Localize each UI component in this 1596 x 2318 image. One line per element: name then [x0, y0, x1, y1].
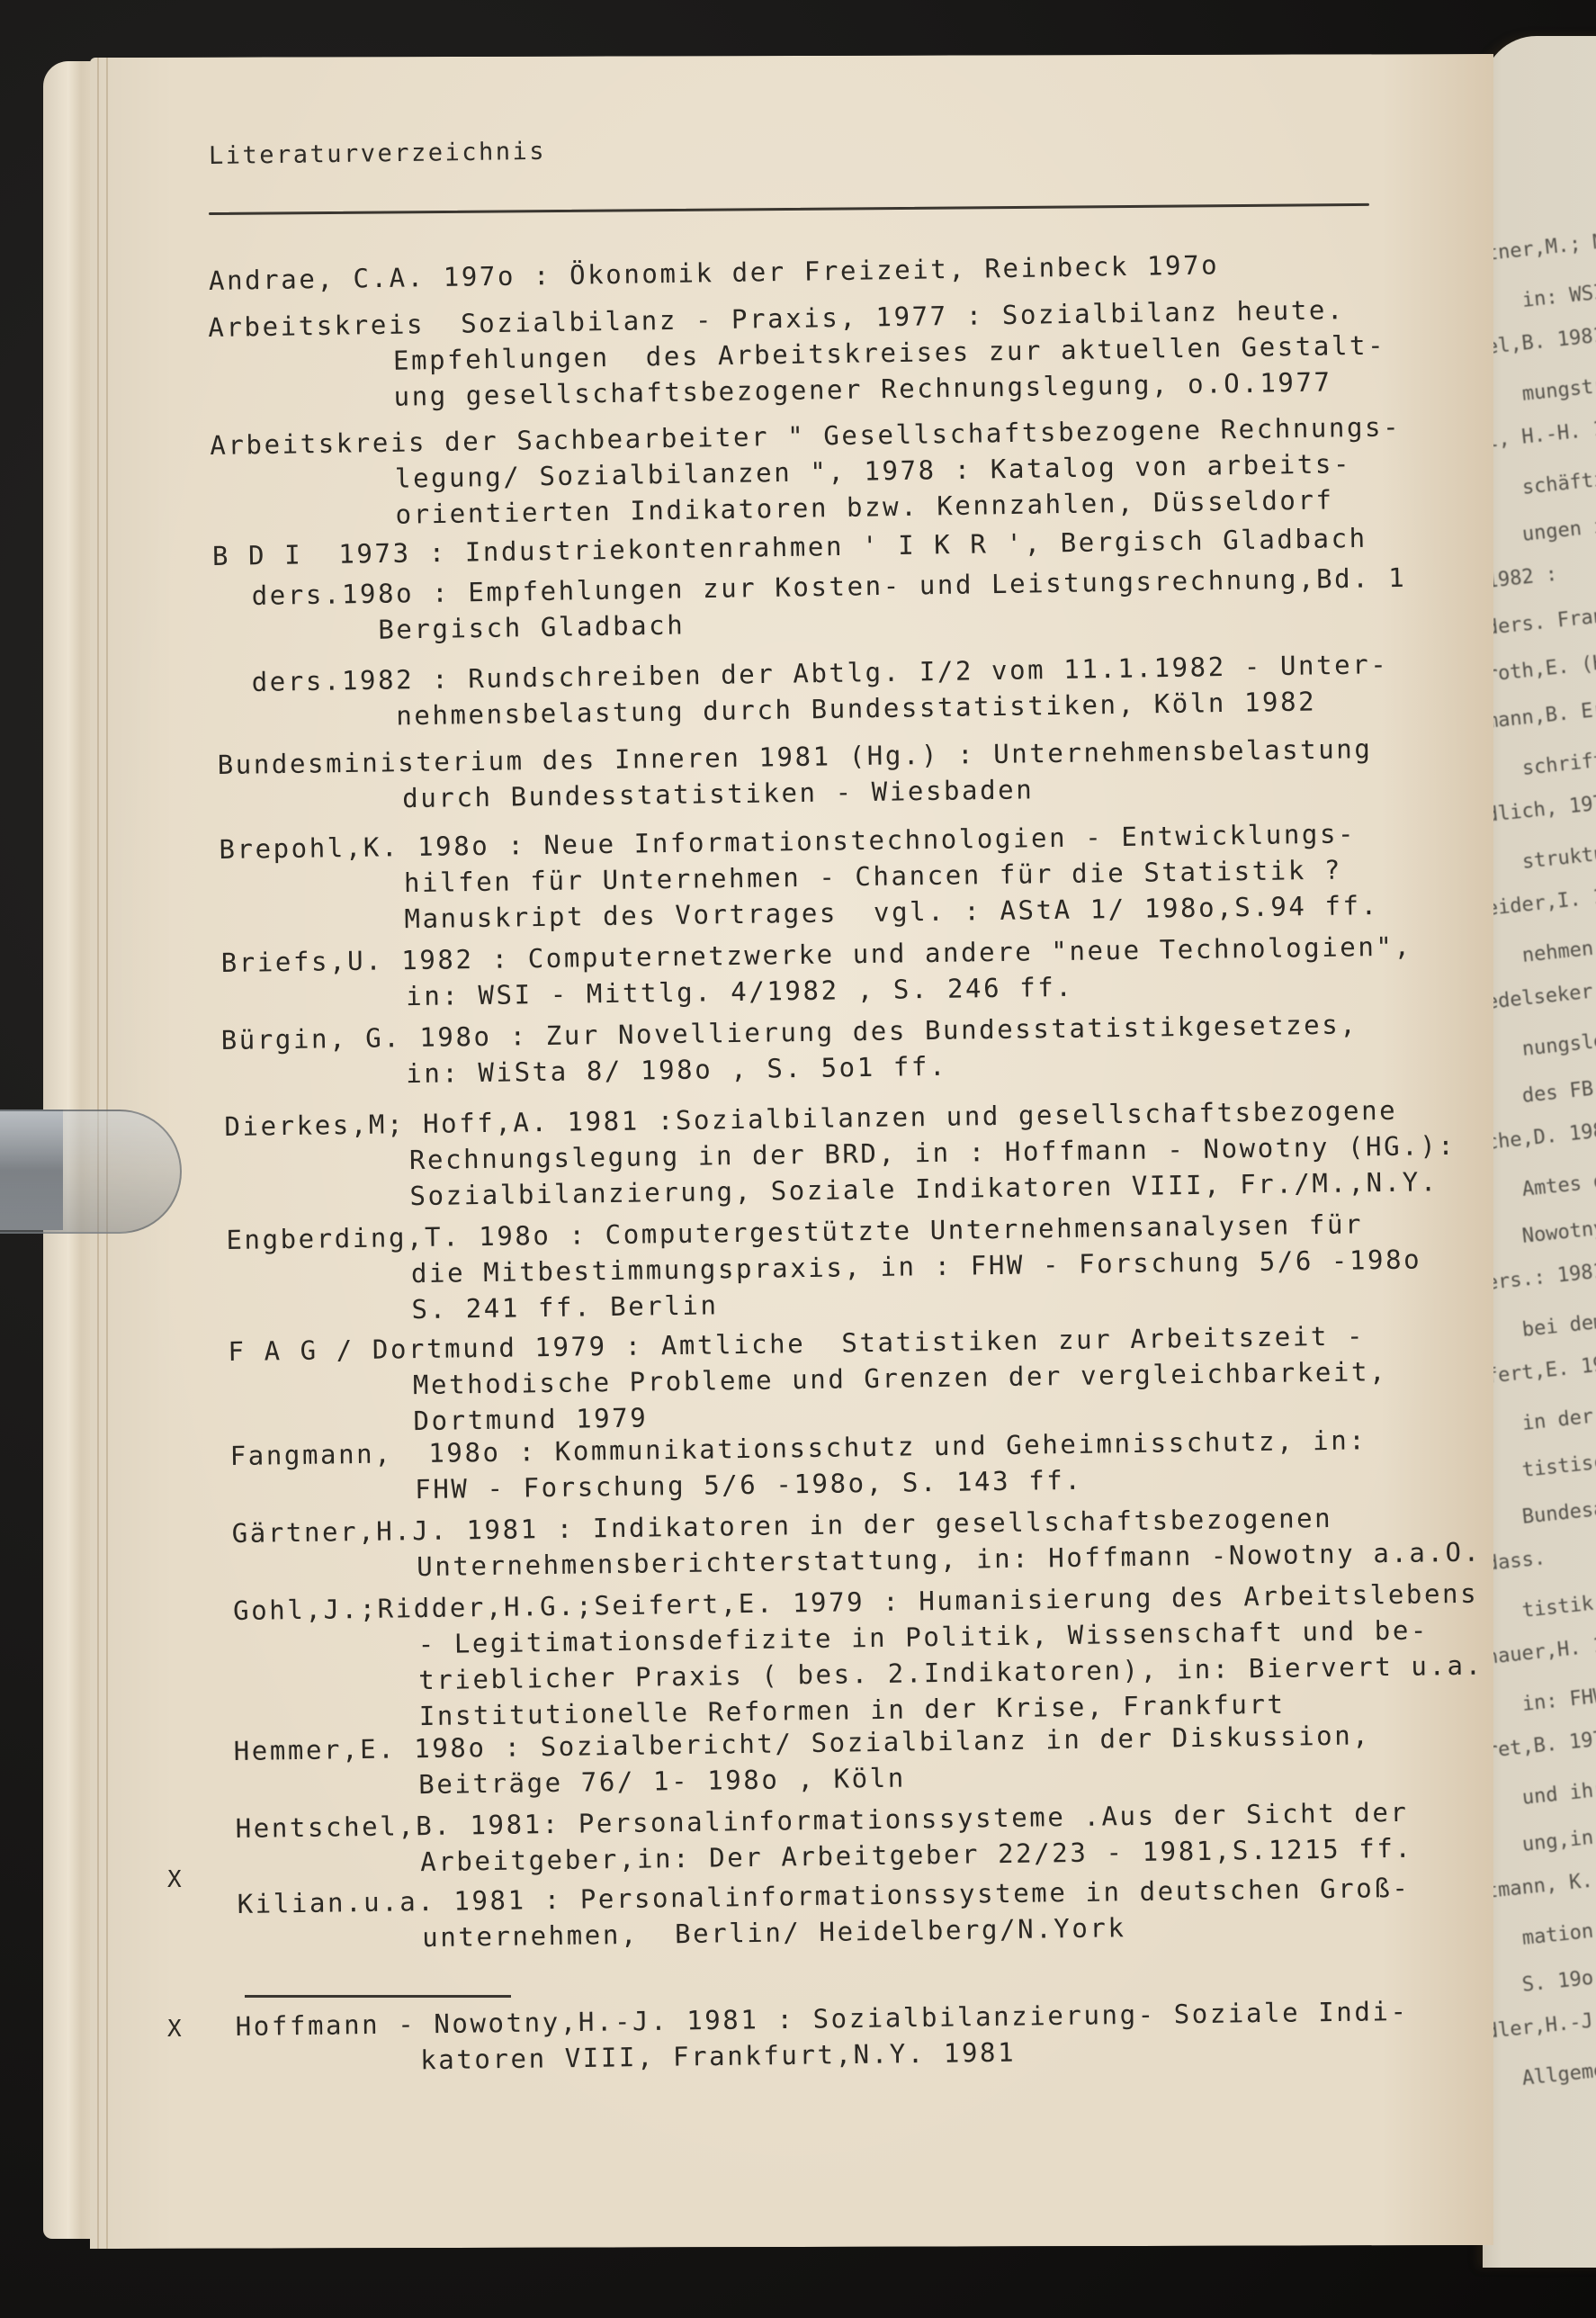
footnote-entry: Hoffmann - Nowotny,H.-J. 1981 : Sozialbi… [235, 1993, 1409, 2080]
facing-page-line: hauer,H. 198o [1485, 1631, 1596, 1669]
facing-page-line: che,D. 198o: Sy [1485, 1113, 1596, 1155]
facing-page-line: mungsträger,in [1521, 366, 1596, 406]
margin-marker: X [167, 2016, 182, 2043]
bibliography-entry-brepohl: Brepohl,K. 198o : Neue Informationstechn… [219, 815, 1379, 939]
facing-page-line: l, H.-H. 1977 : [1485, 411, 1596, 453]
facing-page-line: tmann, K. 1977 [1485, 1864, 1596, 1903]
facing-page-line: ders. Frankf./M [1485, 598, 1596, 640]
facing-page-line: nungslegu [1521, 1028, 1596, 1061]
bookmark-clip[interactable] [0, 1110, 182, 1234]
facing-page-line: tner,M.; Mehren [1485, 224, 1596, 265]
facing-page-line: ers.: 1981: Zu [1485, 1255, 1596, 1295]
facing-page-line: in: WSI - [1521, 279, 1596, 312]
facing-page-line: Amtes der [1521, 1168, 1596, 1201]
facing-page-line: nehmen, [1521, 936, 1596, 967]
facing-page-line: in: FHW [1521, 1685, 1596, 1716]
facing-page-line: bei dem [1521, 1310, 1596, 1342]
facing-page-line: dler,H.-J. 197 [1485, 2004, 1596, 2044]
facing-page-line: und ihr [1521, 1778, 1596, 1810]
facing-page-line: Nowotny,a [1521, 1215, 1596, 1248]
bibliography-entry-engberding: Engberding,T. 198o : Computergestützte U… [226, 1205, 1422, 1330]
facing-page-line: schäftigu [1521, 466, 1596, 499]
bibliography-entry-arbeitskreis-sachbearbeiter: Arbeitskreis der Sachbearbeiter " Gesell… [210, 409, 1403, 535]
margin-marker: X [167, 1866, 182, 1893]
facing-page-line: S. 19o ff [1521, 1963, 1596, 1997]
footnote-rule [245, 1995, 511, 1998]
facing-page-line: fert,E. 1979 - [1485, 1349, 1596, 1388]
facing-page-line: dass. [1485, 1547, 1547, 1576]
facing-page-line: des FB-Wi [1521, 1074, 1596, 1108]
facing-page-line: mation de [1521, 1917, 1596, 1950]
facing-page-line: 1982 : [1485, 563, 1559, 593]
facing-page-edge: tner,M.; Mehrenin: WSI -el,B. 1981 : Bes… [1483, 36, 1596, 2268]
page-heading: Literaturverzeichnis [209, 138, 547, 170]
facing-page-line: tistisches Bun [1521, 1442, 1596, 1482]
facing-page-line: ung,in: [1521, 1825, 1596, 1856]
bibliography-entry-fag: F A G / Dortmund 1979 : Amtliche Statist… [228, 1317, 1388, 1442]
facing-page-line: el,B. 1981 : Besc [1485, 316, 1596, 359]
bibliography-entry-arbeitskreis-sozialbilanz: Arbeitskreis Sozialbilanz - Praxis, 1977… [208, 291, 1386, 418]
facing-page-line: dlich, 1978: [1485, 789, 1596, 826]
facing-page-line: in der [1521, 1406, 1595, 1435]
facing-page-line: Bundesam [1521, 1496, 1596, 1529]
facing-page-line: tistik, [1521, 1591, 1596, 1622]
facing-page-line: eider,I. 198o [1485, 882, 1596, 921]
facing-page-line: Allgeme [1521, 2059, 1596, 2090]
bibliography-entry-dierkes: Dierkes,M; Hoff,A. 1981 :Sozialbilanzen … [224, 1092, 1457, 1217]
facing-page-line: mann,B. Erstes [1485, 694, 1596, 733]
facing-page-line: ungen im [1521, 514, 1596, 546]
facing-page-line: ret,B. 1977 : [1485, 1724, 1596, 1763]
facing-page-line: edelseker,K. 1 [1485, 975, 1596, 1014]
bibliography-entry-gohl: Gohl,J.;Ridder,H.G.;Seifert,E. 1979 : Hu… [233, 1576, 1484, 1737]
facing-page-line: schriften [1521, 747, 1596, 780]
facing-page-line: roth,E. (Hg.) 1 [1485, 645, 1596, 687]
facing-page-line: struktur, [1521, 840, 1596, 874]
